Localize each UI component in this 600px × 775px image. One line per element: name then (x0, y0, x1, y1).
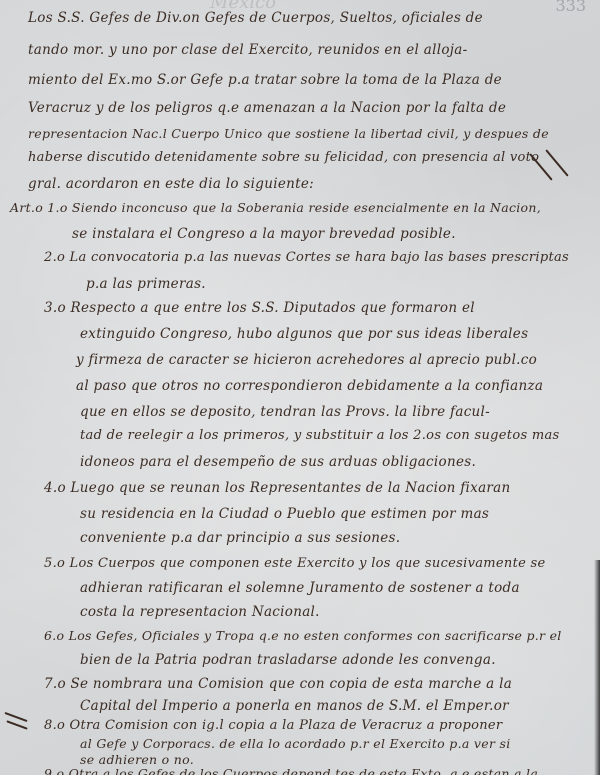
article-8-line: 8.o Otra Comision con ig.l copia a la Pl… (44, 718, 502, 733)
text-line: se adhieren o no. (80, 752, 194, 767)
margin-hash-mark (6, 720, 27, 729)
text-line: Los S.S. Gefes de Div.on Gefes de Cuerpo… (28, 10, 483, 26)
text-line: su residencia en la Ciudad o Pueblo que … (80, 506, 489, 522)
margin-strike-mark (545, 149, 568, 176)
article-4-line: 4.o Luego que se reunan los Representant… (44, 480, 511, 496)
text-line: idoneos para el desempeño de sus arduas … (80, 454, 476, 470)
text-line: conveniente p.a dar principio a sus sesi… (80, 530, 400, 546)
article-5-line: 5.o Los Cuerpos que componen este Exerci… (44, 556, 545, 571)
text-line: haberse discutido detenidamente sobre su… (28, 150, 539, 165)
text-line: Capital del Imperio a ponerla en manos d… (80, 698, 509, 714)
text-line: extinguido Congreso, hubo algunos que po… (80, 326, 528, 342)
manuscript-page: Mexico 333 Los S.S. Gefes de Div.on Gefe… (0, 0, 600, 775)
text-line: costa la representacion Nacional. (80, 604, 320, 620)
text-line: Veracruz y de los peligros q.e amenazan … (28, 100, 506, 116)
article-2-line: 2.o La convocatoria p.a las nuevas Corte… (44, 250, 569, 265)
text-line: miento del Ex.mo S.or Gefe p.a tratar so… (28, 72, 502, 88)
text-line: tad de reelegir a los primeros, y substi… (80, 428, 560, 443)
article-9-line: 9.o Otra a los Gefes de los Cuerpos depe… (44, 766, 538, 775)
text-line: tando mor. y uno por clase del Exercito,… (28, 42, 467, 58)
text-line: p.a las primeras. (86, 276, 206, 292)
text-line: y firmeza de caracter se hicieron acrehe… (76, 352, 537, 368)
margin-strike-mark (529, 153, 552, 180)
text-line: al Gefe y Corporacs. de ella lo acordado… (80, 736, 511, 751)
text-line: que en ellos se deposito, tendran las Pr… (80, 404, 490, 420)
text-line: gral. acordaron en este dia lo siguiente… (28, 176, 314, 192)
article-1-line: Art.o 1.o Siendo inconcuso que la Sobera… (10, 200, 541, 215)
text-line: se instalara el Congreso a la mayor brev… (72, 226, 456, 242)
text-line: representacion Nac.l Cuerpo Unico que so… (28, 126, 549, 141)
text-line: bien de la Patria podran trasladarse ado… (80, 652, 496, 668)
article-6-line: 6.o Los Gefes, Oficiales y Tropa q.e no … (44, 628, 562, 643)
text-line: al paso que otros no correspondieron deb… (76, 378, 543, 394)
page-edge-shadow (594, 560, 600, 775)
page-number: 333 (555, 0, 586, 15)
text-line: adhieran ratificaran el solemne Jurament… (80, 580, 520, 596)
article-7-line: 7.o Se nombrara una Comision que con cop… (44, 676, 512, 692)
article-3-line: 3.o Respecto a que entre los S.S. Diputa… (44, 300, 475, 316)
